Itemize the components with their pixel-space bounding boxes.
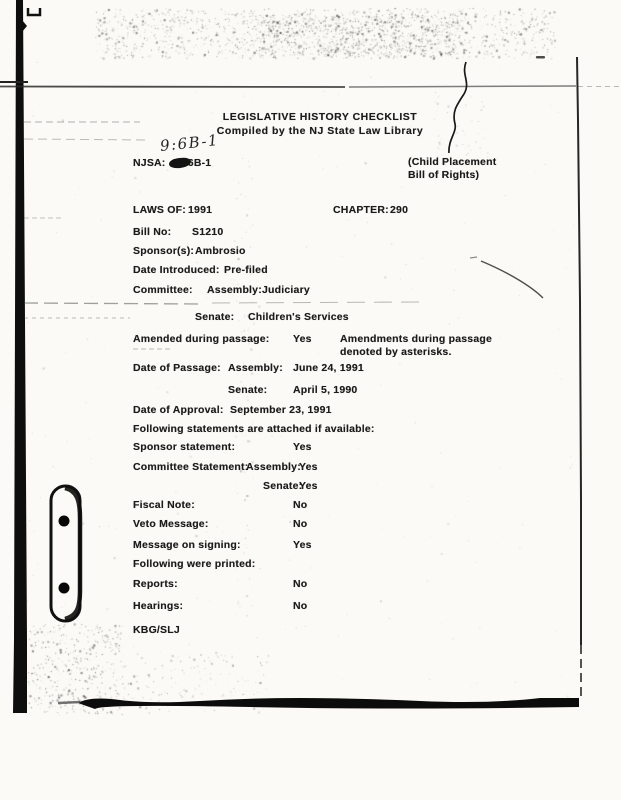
reports-value: No [293, 578, 307, 590]
amended-note-line1: Amendments during passage [340, 333, 492, 345]
binding-hole-dot [59, 583, 70, 594]
committee-label: Committee: [133, 284, 193, 296]
sponsors-value: Ambrosio [195, 245, 246, 257]
bottom-band-leadin [58, 702, 80, 703]
corner-bracket-mark [28, 8, 40, 15]
top-rule-line [349, 86, 576, 87]
binding-capsule-outline [51, 486, 80, 621]
veto-message-value: No [293, 518, 307, 530]
passage-senate-label: Senate: [228, 384, 267, 396]
binding-hole-dot [59, 516, 70, 527]
top-rule-line [0, 87, 345, 88]
hearings-value: No [293, 600, 307, 612]
committee-senate-value: Children's Services [248, 311, 349, 323]
message-on-signing-label: Message on signing: [133, 539, 241, 551]
compiler-initials: KBG/SLJ [133, 624, 180, 636]
passage-assembly-value: June 24, 1991 [293, 362, 364, 374]
amended-value: Yes [293, 333, 312, 345]
committee-senate-label: Senate: [195, 311, 234, 323]
subject-note-line1: (Child Placement [408, 156, 496, 168]
committee-statement-assembly-value: Yes [299, 461, 318, 473]
curved-scratch-mark [481, 261, 543, 298]
sponsor-statement-label: Sponsor statement: [133, 441, 235, 453]
date-introduced-value: Pre-filed [224, 264, 268, 276]
committee-assembly-label: Assembly: [207, 284, 262, 296]
sponsor-statement-value: Yes [293, 441, 312, 453]
left-edge-bar [13, 0, 27, 713]
artifact-dash [212, 302, 420, 303]
date-of-approval-label: Date of Approval: [133, 404, 224, 416]
document-title: LEGISLATIVE HISTORY CHECKLIST [223, 111, 417, 123]
artifact-dash [24, 139, 150, 140]
scanned-document-page: LEGISLATIVE HISTORY CHECKLIST Compiled b… [0, 0, 621, 800]
chapter-value: 290 [390, 204, 408, 216]
passage-assembly-label: Assembly: [228, 362, 283, 374]
laws-of-label: LAWS OF: [133, 204, 186, 216]
bill-no-value: S1210 [192, 226, 223, 238]
pen-squiggle-mark [449, 62, 467, 153]
veto-message-label: Veto Message: [133, 518, 209, 530]
fiscal-note-label: Fiscal Note: [133, 499, 195, 511]
small-dash-mark [470, 257, 477, 258]
top-right-speck [536, 56, 545, 59]
subject-note-line2: Bill of Rights) [408, 169, 479, 181]
laws-of-value: 1991 [188, 204, 212, 216]
statements-heading: Following statements are attached if ava… [133, 423, 375, 435]
fiscal-note-value: No [293, 499, 307, 511]
date-of-approval-value: September 23, 1991 [230, 404, 332, 416]
committee-statement-label: Committee Statement: [133, 461, 248, 473]
artifact-dash [24, 303, 200, 304]
date-introduced-label: Date Introduced: [133, 264, 220, 276]
passage-senate-value: April 5, 1990 [293, 384, 357, 396]
right-page-edge-line [577, 57, 581, 645]
printed-heading: Following were printed: [133, 558, 255, 570]
hearings-label: Hearings: [133, 600, 183, 612]
committee-assembly-value: Judiciary [262, 284, 310, 296]
message-on-signing-value: Yes [293, 539, 312, 551]
bill-no-label: Bill No: [133, 226, 171, 238]
njsa-label: NJSA: [133, 157, 166, 169]
amended-note-line2: denoted by asterisks. [340, 346, 452, 358]
binding-capsule-shade [65, 488, 80, 619]
committee-statement-senate-value: Yes [299, 480, 318, 492]
committee-statement-senate-label: Senate: [263, 480, 302, 492]
amended-label: Amended during passage: [133, 333, 269, 345]
left-bar-spike [22, 20, 27, 32]
committee-statement-assembly-label: Assembly: [246, 461, 301, 473]
chapter-label: CHAPTER: [333, 204, 389, 216]
reports-label: Reports: [133, 578, 178, 590]
date-of-passage-label: Date of Passage: [133, 362, 221, 374]
document-subtitle: Compiled by the NJ State Law Library [217, 125, 423, 137]
sponsors-label: Sponsor(s): [133, 245, 194, 257]
bottom-edge-band [78, 698, 579, 709]
